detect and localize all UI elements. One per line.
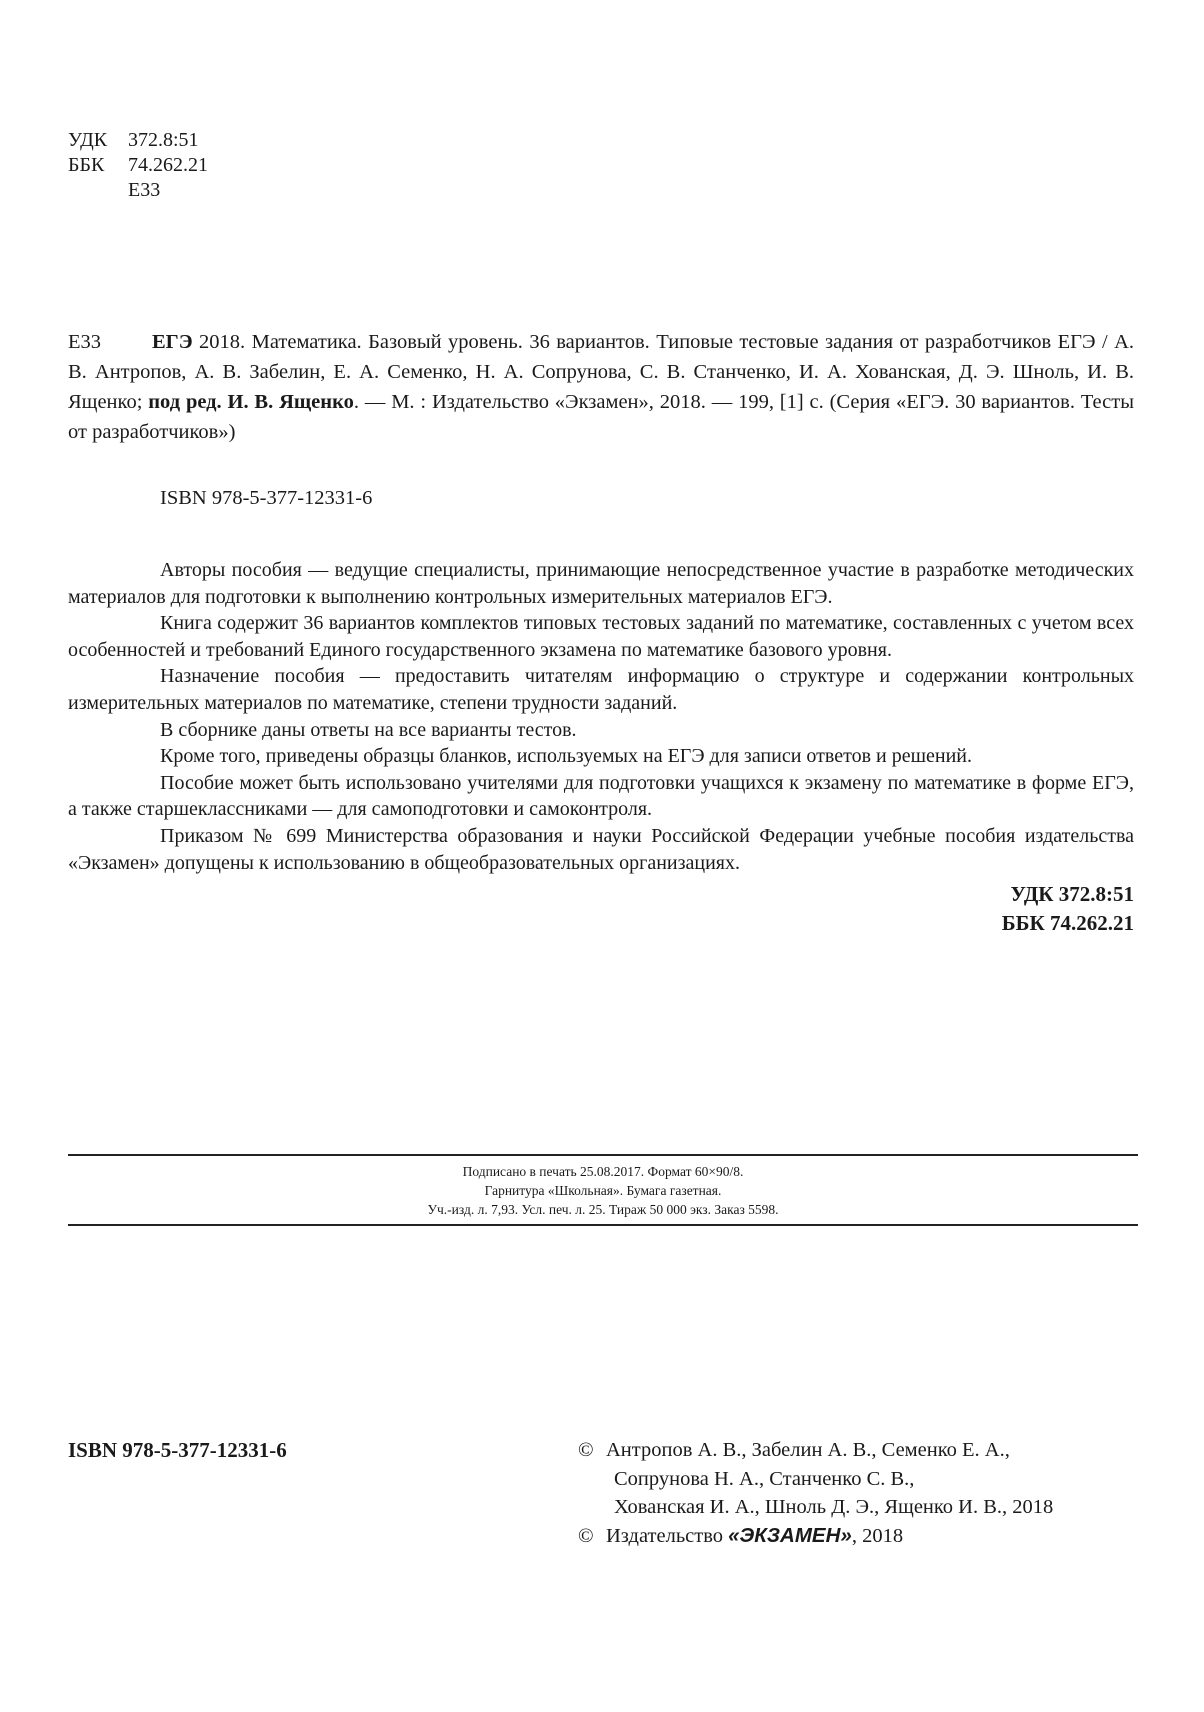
imprint-bottom-rule [68, 1224, 1138, 1226]
udk-value: 372.8:51 [128, 128, 199, 153]
udk-row: УДК 372.8:51 [68, 128, 208, 153]
bbk-value: 74.262.21 [128, 153, 208, 178]
authors-line-2: Сопрунова Н. А., Станченко С. В., [578, 1465, 1053, 1494]
annotation-paragraph: Авторы пособия — ведущие специалисты, пр… [68, 557, 1134, 610]
bibliographic-entry: Е33 ЕГЭ 2018. Математика. Базовый уровен… [68, 327, 1134, 447]
entry-title-bold: ЕГЭ [152, 331, 193, 353]
copyright-authors: ©Антропов А. В., Забелин А. В., Семенко … [578, 1436, 1053, 1465]
udk-label: УДК [68, 128, 128, 153]
annotation-paragraph: Пособие может быть использовано учителям… [68, 770, 1134, 823]
publisher-name: «ЭКЗАМЕН» [728, 1524, 852, 1547]
udk-bold: УДК 372.8:51 [68, 880, 1134, 909]
bbk-label: ББК [68, 153, 128, 178]
annotation: Авторы пособия — ведущие специалисты, пр… [68, 557, 1134, 938]
author-mark: Е33 [68, 178, 208, 203]
annotation-paragraph: Приказом № 699 Министерства образования … [68, 823, 1134, 876]
entry-code: Е33 [68, 327, 101, 357]
imprint-line-1: Подписано в печать 25.08.2017. Формат 60… [68, 1162, 1138, 1181]
bbk-bold: ББК 74.262.21 [68, 909, 1134, 938]
imprint-line-3: Уч.-изд. л. 7,93. Усл. печ. л. 25. Тираж… [68, 1200, 1138, 1219]
isbn-top: ISBN 978-5-377-12331-6 [160, 487, 372, 510]
imprint-top-rule [68, 1154, 1138, 1156]
imprint: Подписано в печать 25.08.2017. Формат 60… [68, 1162, 1138, 1219]
entry-text: ЕГЭ 2018. Математика. Базовый уровень. 3… [68, 327, 1134, 447]
annotation-paragraph: Назначение пособия — предоставить читате… [68, 663, 1134, 716]
authors-line-1: Антропов А. В., Забелин А. В., Семенко Е… [606, 1439, 1010, 1461]
annotation-paragraph: Кроме того, приведены образцы бланков, и… [68, 743, 1134, 770]
copyright-icon: © [578, 1522, 606, 1551]
publisher-suffix: , 2018 [852, 1525, 903, 1547]
isbn-bottom: ISBN 978-5-377-12331-6 [68, 1438, 287, 1463]
classification-codes: УДК 372.8:51 ББК 74.262.21 Е33 [68, 128, 208, 203]
bbk-row: ББК 74.262.21 [68, 153, 208, 178]
imprint-line-2: Гарнитура «Школьная». Бумага газетная. [68, 1181, 1138, 1200]
copyright-block: ©Антропов А. В., Забелин А. В., Семенко … [578, 1436, 1053, 1550]
copyright-icon: © [578, 1436, 606, 1465]
annotation-paragraph: Книга содержит 36 вариантов комплектов т… [68, 610, 1134, 663]
authors-line-3: Хованская И. А., Шноль Д. Э., Ященко И. … [578, 1493, 1053, 1522]
copyright-publisher: ©Издательство «ЭКЗАМЕН», 2018 [578, 1522, 1053, 1551]
entry-editor: под ред. И. В. Ященко [148, 391, 354, 413]
publisher-prefix: Издательство [606, 1525, 728, 1547]
annotation-paragraph: В сборнике даны ответы на все варианты т… [68, 717, 1134, 744]
